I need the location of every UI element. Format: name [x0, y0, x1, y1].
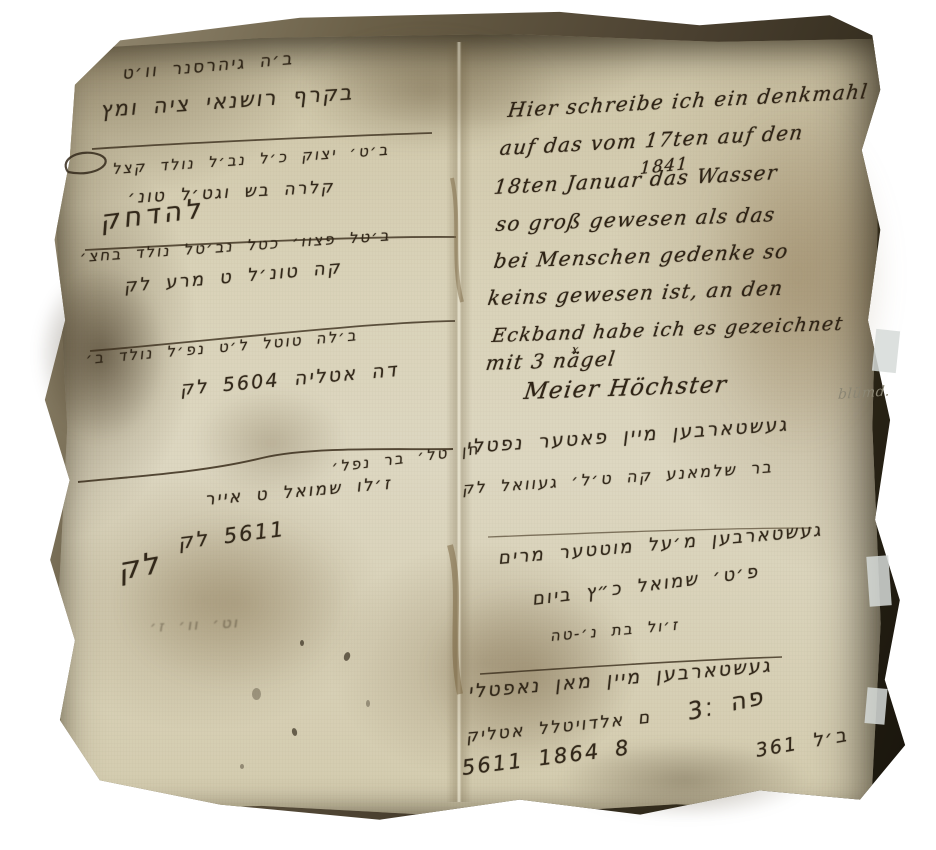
edge-patch [864, 687, 887, 725]
ink-spot [366, 700, 370, 707]
left-flourish-word: להדחק [98, 195, 205, 235]
left-line-2: בקרף רושנאי ציה ומץ [99, 82, 354, 121]
ink-spot [240, 764, 244, 769]
ink-spot [300, 640, 304, 646]
right-hebrew-5: ז׳ול בת נ׳-טה [549, 618, 680, 644]
left-line-6: קה טונ׳ל ט מרע לק [123, 259, 342, 296]
left-faded-marks: וט׳ וו׳ ז׳ [150, 615, 240, 635]
flourish-loop [66, 153, 106, 174]
ink-spot [343, 651, 352, 662]
left-line-10: ז׳לו שמואל ט אייר [204, 476, 392, 509]
german-line-5: bei Menschen gedenke so [493, 241, 791, 271]
right-hebrew-3: געשטארבען מ׳על מוטטער מרים [497, 522, 823, 568]
left-line-3: ב׳ט׳ יצוק כ׳ל נב׳ל נולד קצל [111, 143, 389, 177]
left-flourish-big: לק [115, 549, 162, 586]
left-line-11: 5611 לק [177, 519, 287, 553]
left-line-1: ב׳ה גיהרסנר וו׳ט [121, 51, 294, 83]
right-hebrew-4: פ׳ט׳ שמואל כ״ץ ביום [531, 563, 761, 609]
signature: Meier Höchster [522, 374, 728, 404]
german-line-7: Eckband habe ich es gezeichnet [491, 315, 845, 346]
pencil-note: blümd. [838, 384, 891, 402]
insert-caret-mark: x [571, 344, 581, 355]
left-line-7: ב׳לה טוטל ל׳ט נפ׳ל נולד ב׳ [85, 328, 358, 367]
german-line-2: auf das vom 17ten auf den [499, 122, 805, 158]
edge-patch [872, 329, 900, 373]
right-hebrew-1: געשטארבען מיין פאטער נפטלי [465, 415, 789, 457]
right-hebrew-2: בר שלמאנע קה ט׳ל׳ געוואל לק [461, 459, 773, 497]
ink-spot [252, 688, 261, 700]
edge-patch [866, 555, 891, 606]
german-line-1: Hier schreibe ich ein denkmahl [507, 81, 870, 120]
left-line-8: דה אטליה 5604 לק [179, 361, 399, 399]
german-line-6: keins gewesen ist, an den [487, 278, 786, 308]
right-hebrew-number: ב׳ל 361 [754, 726, 849, 761]
content-layer: ב׳ה גיהרסנר וו׳ט בקרף רושנאי ציה ומץ ב׳ט… [0, 0, 936, 850]
manuscript-scan: ב׳ה גיהרסנר וו׳ט בקרף רושנאי ציה ומץ ב׳ט… [0, 0, 936, 850]
german-line-3: 18ten Januar das Wasser [493, 162, 779, 197]
ink-spot [291, 727, 298, 736]
right-hebrew-7: פה ׃3 [686, 684, 767, 724]
german-line-4: so groß gewesen als das [495, 204, 778, 234]
german-line-8: mit 3 nägel [485, 348, 618, 373]
